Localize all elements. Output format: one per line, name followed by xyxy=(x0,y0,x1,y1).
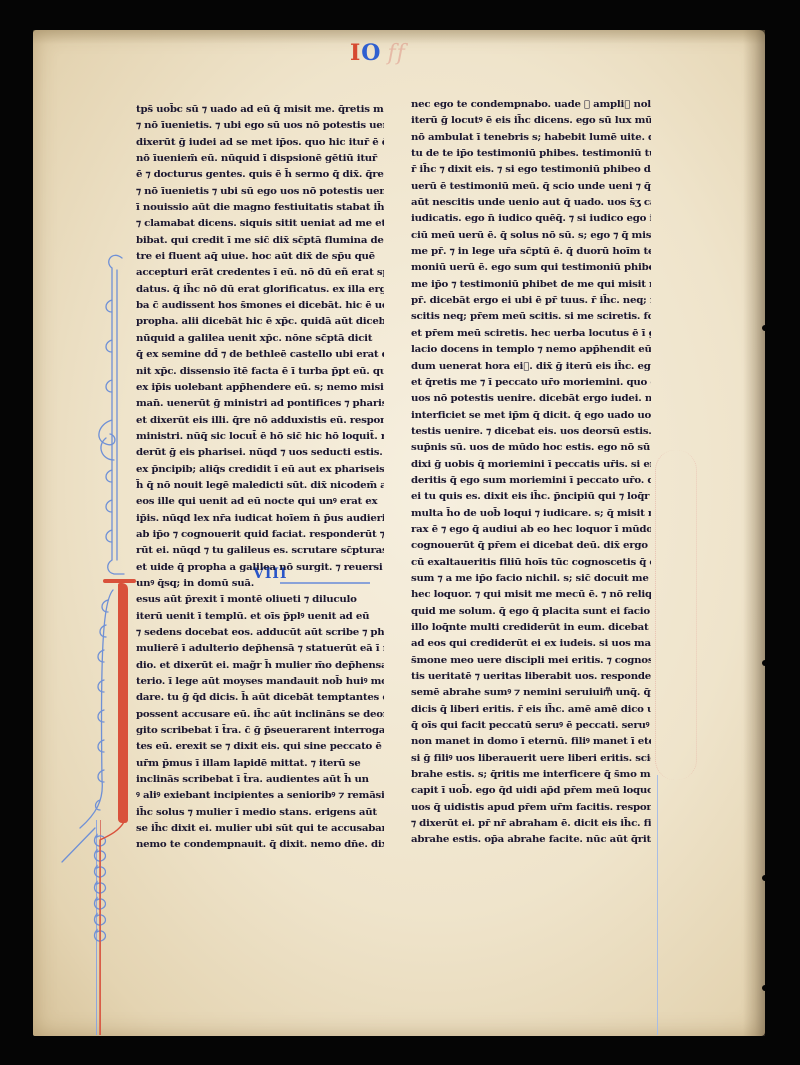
text-line: brahe estis. s; q̄ritis me interficere q… xyxy=(411,767,651,782)
edge-nick xyxy=(762,325,768,331)
text-line: uos q̄ uidistis apud pr̄em ur̄m facitis.… xyxy=(411,799,651,814)
text-line: datus. q̄ ih̄c nō dū erat glorificatus. … xyxy=(136,281,384,296)
text-line: ex p̄ncipib; aliq̄s credidit ī eū aut ex… xyxy=(136,461,384,476)
text-line: ꝰ aliꝰ exiebant incipientes a senioribꝰ … xyxy=(136,788,384,803)
text-line: gito scribebat ī t̄ra. c̄ ḡ p̄seuerarent… xyxy=(136,723,384,738)
text-line: cū exaltaueritis filiū hoīs tūc cognosce… xyxy=(411,554,651,569)
text-line: si ḡ filiꝰ uos liberauerit uere liberi e… xyxy=(411,750,651,765)
text-line: deritis q̄ ego sum moriemini ī peccato u… xyxy=(411,473,651,488)
folio-ghost-mark: ff xyxy=(387,41,405,66)
text-line: illo loq̄nte multi crediderūt in eum. di… xyxy=(411,620,651,635)
text-line: uos nō potestis uenire. dicebāt ergo iud… xyxy=(411,391,651,406)
text-column-right: nec ego te condempnabo. uade ⁊ ampli᷑ no… xyxy=(411,96,651,848)
text-line: iterū uenit ī templū. et oīs p̄plꝰ uenit… xyxy=(136,608,384,623)
verso-flourish-showthrough xyxy=(655,450,697,780)
text-line: ciū meū uerū ē. q̄ solus nō sū. s; ego ⁊… xyxy=(411,227,651,242)
text-line: dare. tu ḡ q̄d dicis. h̄ aūt dicebāt tem… xyxy=(136,690,384,705)
text-line: cognouerūt q̄ pr̄em ei dicebat deū. dix̄… xyxy=(411,538,651,553)
text-line: et pr̄em meū sciretis. hec uerba locutus… xyxy=(411,325,651,340)
text-line: dicis q̄ liberi eritis. r̄ eis ih̄c. amē… xyxy=(411,701,651,716)
text-line: ab ip̄o ⁊ cognouerit quid faciat. respon… xyxy=(136,527,384,542)
text-line: me ip̄o ⁊ testimoniū phibet de me qui mi… xyxy=(411,276,651,291)
text-line: multa h̄o de uob̄ loqui ⁊ iudicare. s; q… xyxy=(411,505,651,520)
text-line: interficiet se met ip̄m q̄ dicit. q̄ ego… xyxy=(411,407,651,422)
text-line: accepturi erāt credentes ī eū. nō dū eñ … xyxy=(136,265,384,280)
text-line: ba c̄ audissent hos s̄mones ei dicebāt. … xyxy=(136,298,384,313)
text-line: inclinās scribebat ī t̄ra. audientes aūt… xyxy=(136,772,384,787)
text-line: nō īueniem̄ eū. nūquid ī dispsionē gētiū… xyxy=(136,151,384,166)
text-line: capit ī uob̄. ego q̄d uidi ap̄d pr̄em me… xyxy=(411,783,651,798)
text-line: q̄ oīs qui facit peccatū seruꝰ ē peccati… xyxy=(411,718,651,733)
text-line: tps̄ uob̄c sū ⁊ uado ad eū q̄ misit me. … xyxy=(136,102,384,117)
text-line: ī nouissio aūt die magno festiuitatis st… xyxy=(136,200,384,215)
text-line: ⁊ sedens docebat eos. adducūt aūt scribe… xyxy=(136,625,384,640)
text-line: ur̄m p̄mus ī illam lapidē mittat. ⁊ iter… xyxy=(136,755,384,770)
text-line: ē ⁊ docturus gentes. quis ē h̄ sermo q̄ … xyxy=(136,167,384,182)
initial-letter-i xyxy=(118,583,128,823)
text-line: semē abrahe sumꝰ ⁊ nemini seruiuim᷑ unq̄… xyxy=(411,685,651,700)
folio-digit-blue: O xyxy=(361,40,381,66)
text-line: tre ei fluent aq̄ uiue. hoc aūt dix̄ de … xyxy=(136,249,384,264)
text-line: iudicatis. ego n̄ iudico quēq̄. ⁊ si iud… xyxy=(411,211,651,226)
text-line: et dixerūt eis illi. q̄re nō adduxistis … xyxy=(136,412,384,427)
text-line: nemo te condempnauit. q̄ dixit. nemo dn̄… xyxy=(136,837,384,852)
text-line: ip̄is. nūqd lex nr̄a iudicat hoīem n̄ p̄… xyxy=(136,510,384,525)
text-line: moniū uerū ē. ego sum qui testimoniū phi… xyxy=(411,260,651,275)
text-line: me pr̄. ⁊ in lege ur̄a sc̄ptū ē. q̄ duor… xyxy=(411,244,651,259)
text-line: ministri. nūq̄ sic locut̄ ē hō sic̄ hic … xyxy=(136,429,384,444)
text-line: tu de te ip̄o testimoniū phibes. testimo… xyxy=(411,146,651,161)
text-line: nūquid a galilea uenit xp̄c. nōne sc̄ptā… xyxy=(136,330,384,345)
text-line: hec loquor. ⁊ qui misit me mecū ē. ⁊ nō … xyxy=(411,587,651,602)
text-line: scitis neq; pr̄em meū scitis. si me scir… xyxy=(411,309,651,324)
text-line: ⁊ nō īuenietis ⁊ ubi sū ego uos nō potes… xyxy=(136,183,384,198)
text-line: ⁊ dixerūt ei. pr̄ nr̄ abraham ē. dicit e… xyxy=(411,816,651,831)
text-line: propha. alii dicebāt hic ē xp̄c. quidā a… xyxy=(136,314,384,329)
text-line: ⁊ clamabat dicens. siquis sitit ueniat a… xyxy=(136,216,384,231)
text-line: nec ego te condempnabo. uade ⁊ ampli᷑ no… xyxy=(411,97,651,112)
text-line: se ih̄c dixit ei. mulier ubi sūt qui te … xyxy=(136,821,384,836)
text-line: ei tu quis es. dixit eis ih̄c. p̄ncipiū … xyxy=(411,489,651,504)
folio-digit-red: I xyxy=(350,40,361,66)
text-line: unꝰ q̄sq; in domū suā. xyxy=(136,576,384,591)
right-margin-ruling-blue xyxy=(657,775,658,1035)
text-line: quid me solum. q̄ ego q̄ placita sunt ei… xyxy=(411,603,651,618)
folio-number: IOff xyxy=(350,42,406,65)
text-line: et uide q̄ propha a galilea nō surgit. ⁊… xyxy=(136,559,384,574)
text-column-left: tps̄ uob̄c sū ⁊ uado ad eū q̄ misit me. … xyxy=(136,101,384,853)
edge-nick xyxy=(762,660,768,666)
left-margin-ruling-blue xyxy=(96,820,97,1035)
text-line: pr̄. dicebāt ergo ei ubi ē pr̄ tuus. r̄ … xyxy=(411,293,651,308)
text-line: et q̄retis me ⁊ ī peccato ur̄o moriemini… xyxy=(411,374,651,389)
edge-nick xyxy=(762,985,768,991)
text-line: dum uenerat hora ei᷑. dix̄ ḡ iterū eis i… xyxy=(411,358,651,373)
left-margin-ruling-red xyxy=(100,820,101,1035)
text-line: tis ueritatē ⁊ ueritas liberabit uos. re… xyxy=(411,669,651,684)
text-line: dixi ḡ uobis q̄ moriemini ī peccatis ur̄… xyxy=(411,456,651,471)
text-line: ex ip̄is uolebant app̄hendere eū. s; nem… xyxy=(136,379,384,394)
text-line: esus aūt p̄rexit ī montē oliueti ⁊ diluc… xyxy=(136,592,384,607)
text-line: testis uenire. ⁊ dicebat eis. uos deorsū… xyxy=(411,424,651,439)
text-line: non manet in domo ī eternū. filiꝰ manet … xyxy=(411,734,651,749)
text-line: iterū ḡ locutꝰ ē eis ih̄c dicens. ego sū… xyxy=(411,113,651,128)
text-line: abrahe estis. op̄a abrahe facite. nūc aū… xyxy=(411,832,651,847)
text-line: sup̄nis sū. uos de mūdo hoc estis. ego n… xyxy=(411,440,651,455)
text-line: dixerūt ḡ iudei ad se met ip̄os. quo hic… xyxy=(136,134,384,149)
text-line: uerū ē testimoniū meū. q̄ scio unde ueni… xyxy=(411,178,651,193)
edge-nick xyxy=(762,875,768,881)
text-line: rax ē ⁊ ego q̄ audiui ab eo hec loquor ī… xyxy=(411,522,651,537)
text-line: nit xp̄c. dissensio ītē facta ē ī turba … xyxy=(136,363,384,378)
text-line: possent accusare eū. ih̄c aūt inclināns … xyxy=(136,706,384,721)
text-line: sum ⁊ a me ip̄o facio nichil. s; sic̄ do… xyxy=(411,571,651,586)
text-line: aūt nescitis unde uenio aut q̄ uado. uos… xyxy=(411,195,651,210)
text-line: eos ille qui uenit ad eū nocte qui unꝰ e… xyxy=(136,494,384,509)
text-line: s̄mone meo uere discipli mei eritis. ⁊ c… xyxy=(411,652,651,667)
text-line: dio. et dixerūt ei. mag̃r h̄ mulier m̄o … xyxy=(136,657,384,672)
text-line: bibat. qui credit ī me sic̄ dix̄ sc̄ptā … xyxy=(136,232,384,247)
text-line: man̄. uenerūt ḡ ministri ad pontifices ⁊… xyxy=(136,396,384,411)
text-line: mulierē ī adulterio dep̄hensā ⁊ statuerū… xyxy=(136,641,384,656)
text-line: terio. ī lege aūt moyses mandauit nob̄ h… xyxy=(136,674,384,689)
text-line: lacio docens in templo ⁊ nemo app̄hendit… xyxy=(411,342,651,357)
text-line: rūt ei. nūqd ⁊ tu galileus es. scrutare … xyxy=(136,543,384,558)
text-line: nō ambulat ī tenebris s; habebit lumē ui… xyxy=(411,129,651,144)
text-line: tes eū. erexit se ⁊ dixit eis. qui sine … xyxy=(136,739,384,754)
text-line: q̄ ex semine dd̄ ⁊ de bethleē castello u… xyxy=(136,347,384,362)
text-line: derūt ḡ eis pharisei. nūqd ⁊ uos seducti… xyxy=(136,445,384,460)
text-line: h̄ q̄ nō nouit legē maledicti sūt. dix̄ … xyxy=(136,478,384,493)
text-line: ad eos qui crediderūt ei ex iudeis. si u… xyxy=(411,636,651,651)
right-edge-wear xyxy=(743,30,765,1036)
text-line: ⁊ nō īuenietis. ⁊ ubi ego sū uos nō pote… xyxy=(136,118,384,133)
text-line: r̄ ih̄c ⁊ dixit eis. ⁊ si ego testimoniū… xyxy=(411,162,651,177)
text-line: ih̄c solus ⁊ mulier ī medio stans. erige… xyxy=(136,804,384,819)
